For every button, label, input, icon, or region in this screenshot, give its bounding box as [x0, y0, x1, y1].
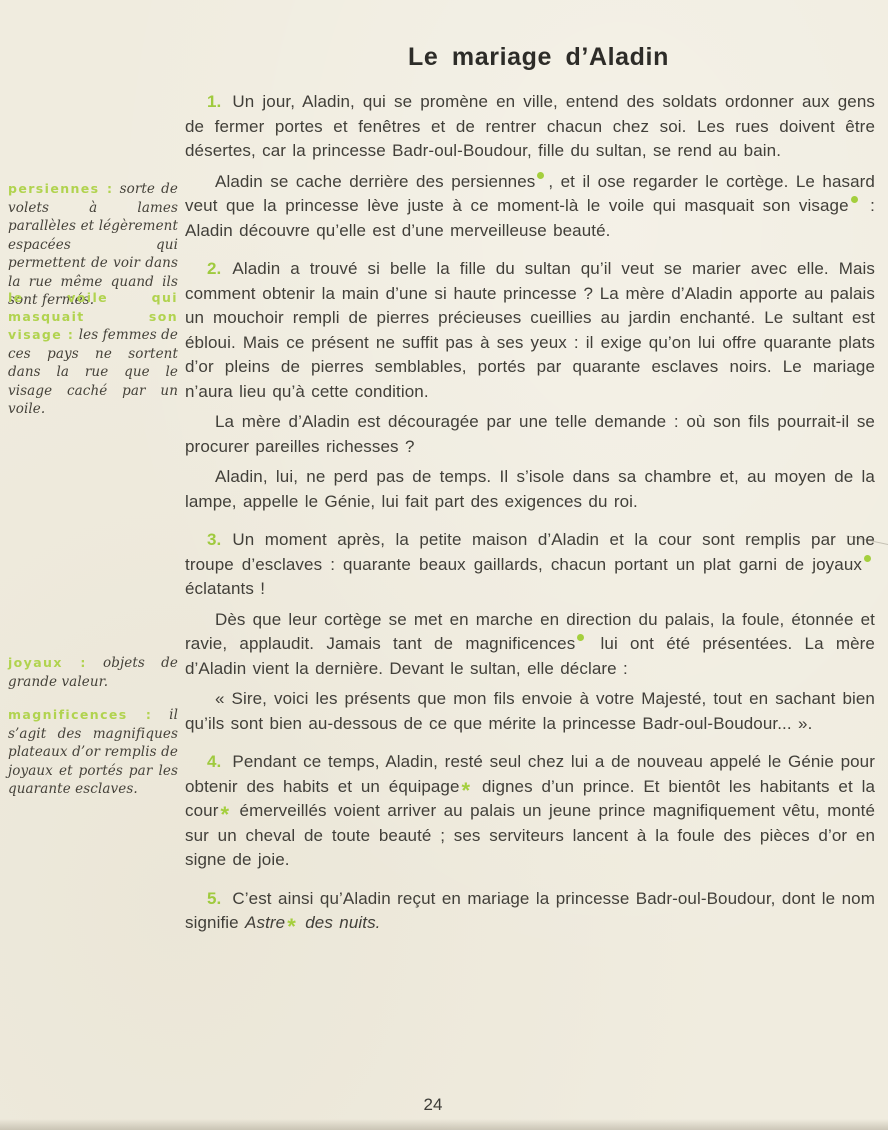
- gloss-dot-icon: [537, 172, 544, 179]
- paragraph: « Sire, voici les présents que mon fils …: [185, 687, 875, 736]
- margin-note: magnificences : il s’agit des magnifique…: [8, 706, 178, 799]
- paragraph-number: 4.: [207, 752, 221, 771]
- margin-note: le voile qui masquait son visage : les f…: [8, 289, 178, 419]
- text-run: Aladin, lui, ne perd pas de temps. Il s’…: [185, 467, 875, 511]
- page-title: Le mariage d’Aladin: [408, 43, 669, 72]
- text-run: émerveillés voient arriver au palais un …: [185, 801, 875, 869]
- text-section: 4.Pendant ce temps, Aladin, resté seul c…: [185, 750, 875, 873]
- gloss-dot-icon: [864, 555, 871, 562]
- text-section: 3.Un moment après, la petite maison d’Al…: [185, 528, 875, 736]
- gloss-dot-icon: [577, 634, 584, 641]
- paragraph: La mère d’Aladin est découragée par une …: [185, 410, 875, 459]
- margin-note-term: persiennes :: [8, 181, 113, 196]
- gloss-star-icon: *: [462, 778, 471, 803]
- gloss-star-icon: *: [287, 914, 296, 939]
- text-run: Aladin se cache derrière des persiennes: [215, 172, 535, 191]
- paragraph: 2.Aladin a trouvé si belle la fille du s…: [185, 257, 875, 404]
- paragraph: 4.Pendant ce temps, Aladin, resté seul c…: [185, 750, 875, 873]
- paragraph: 3.Un moment après, la petite maison d’Al…: [185, 528, 875, 602]
- gloss-star-icon: *: [220, 802, 229, 827]
- paragraph-number: 5.: [207, 889, 221, 908]
- text-run: éclatants !: [185, 579, 265, 598]
- text-section: 1.Un jour, Aladin, qui se promène en vil…: [185, 90, 875, 243]
- text-section: 5.C’est ainsi qu’Aladin reçut en mariage…: [185, 887, 875, 936]
- text-run: Aladin a trouvé si belle la fille du sul…: [185, 259, 875, 401]
- text-run: La mère d’Aladin est découragée par une …: [185, 412, 875, 456]
- paragraph-number: 2.: [207, 259, 221, 278]
- paragraph: 5.C’est ainsi qu’Aladin reçut en mariage…: [185, 887, 875, 936]
- paragraph-number: 1.: [207, 92, 221, 111]
- margin-note-term: joyaux :: [8, 655, 87, 670]
- gloss-dot-icon: [851, 196, 858, 203]
- paragraph: Aladin, lui, ne perd pas de temps. Il s’…: [185, 465, 875, 514]
- text-run: Un jour, Aladin, qui se promène en ville…: [185, 92, 875, 160]
- paragraph: Aladin se cache derrière des persiennes,…: [185, 170, 875, 244]
- text-run: Un moment après, la petite maison d’Alad…: [185, 530, 875, 574]
- page-number: 24: [413, 1095, 453, 1115]
- main-text-column: 1.Un jour, Aladin, qui se promène en vil…: [185, 90, 875, 950]
- text-run: Astre: [245, 913, 285, 932]
- margin-note-term: magnificences :: [8, 707, 152, 722]
- scanned-book-page: Le mariage d’Aladin persiennes : sorte d…: [0, 0, 888, 1130]
- paragraph: Dès que leur cortège se met en marche en…: [185, 608, 875, 682]
- text-section: 2.Aladin a trouvé si belle la fille du s…: [185, 257, 875, 514]
- paragraph-number: 3.: [207, 530, 221, 549]
- text-run: « Sire, voici les présents que mon fils …: [185, 689, 875, 733]
- margin-note: joyaux : objets de grande valeur.: [8, 654, 178, 691]
- text-run: des nuits.: [299, 913, 381, 932]
- paragraph: 1.Un jour, Aladin, qui se promène en vil…: [185, 90, 875, 164]
- page-bottom-edge: [0, 1119, 888, 1130]
